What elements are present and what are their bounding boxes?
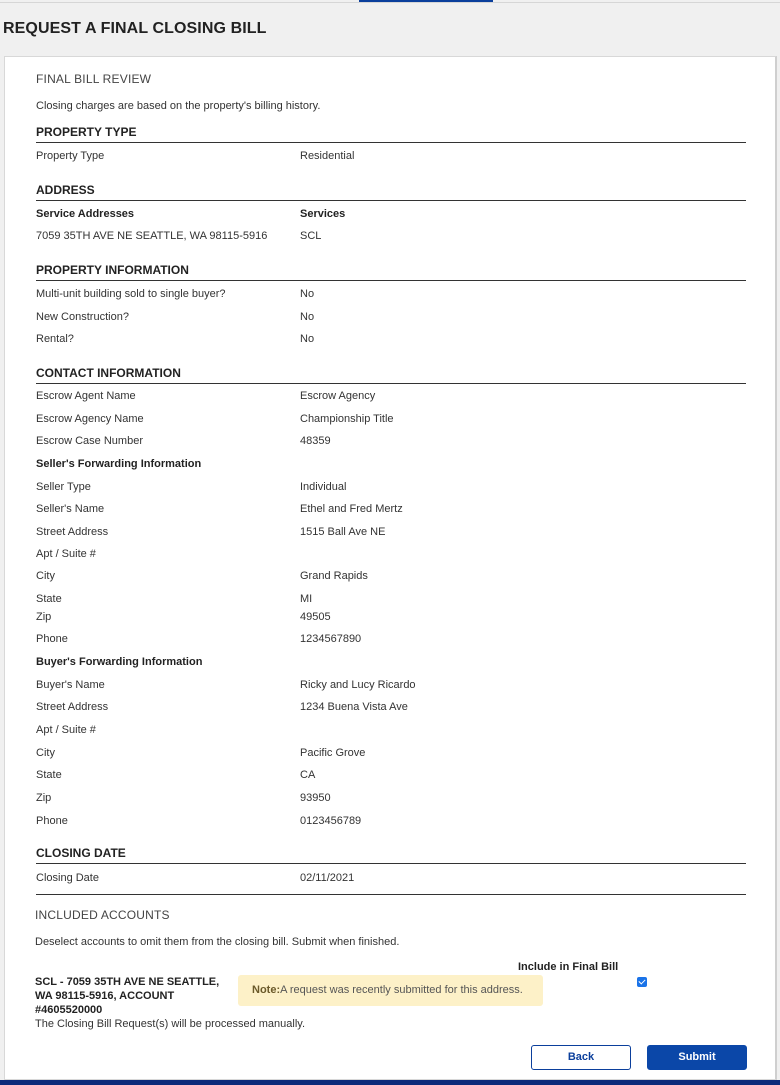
row-label: Multi-unit building sold to single buyer… [36,288,226,300]
row-value: 1515 Ball Ave NE [300,526,385,538]
row-value: 1234 Buena Vista Ave [300,701,408,713]
note-text: A request was recently submitted for thi… [280,984,523,996]
row-label: State [36,593,62,605]
row-value: Individual [300,481,346,493]
row-label: Seller's Name [36,503,104,515]
manual-processing-note: The Closing Bill Request(s) will be proc… [35,1018,305,1030]
detail-row: Zip 93950 [36,792,746,806]
row-label: City [36,747,55,759]
detail-row: Phone 1234567890 [36,633,746,647]
service-address: 7059 35TH AVE NE SEATTLE, WA 98115-5916 [36,230,267,242]
include-in-final-bill-header: Include in Final Bill [518,961,618,973]
section-address-heading: ADDRESS [36,183,746,201]
detail-row: Closing Date 02/11/2021 [36,872,746,886]
detail-row: Rental? No [36,333,746,347]
row-value: No [300,333,314,345]
row-value: 48359 [300,435,331,447]
active-tab-indicator [359,0,493,2]
row-label: Rental? [36,333,74,345]
seller-forwarding-heading: Seller's Forwarding Information [36,458,201,470]
detail-row: City Pacific Grove [36,747,746,761]
detail-row: New Construction? No [36,311,746,325]
detail-row: Seller Type Individual [36,481,746,495]
review-intro: Closing charges are based on the propert… [36,100,320,112]
row-label: Zip [36,611,51,623]
row-label: State [36,769,62,781]
row-value: 49505 [300,611,331,623]
detail-row: Escrow Agent Name Escrow Agency [36,390,746,404]
account-label: SCL - 7059 35TH AVE NE SEATTLE, WA 98115… [35,975,235,1017]
detail-row: Street Address 1234 Buena Vista Ave [36,701,746,715]
detail-row: Property Type Residential [36,150,746,164]
section-property-info-heading: PROPERTY INFORMATION [36,263,746,281]
row-value: Ethel and Fred Mertz [300,503,403,515]
row-label: Escrow Agent Name [36,390,136,402]
detail-row: City Grand Rapids [36,570,746,584]
section-contact-info-heading: CONTACT INFORMATION [36,366,746,384]
row-value: 1234567890 [300,633,361,645]
row-value: MI [300,593,312,605]
row-label: Closing Date [36,872,99,884]
detail-row: State MI [36,593,746,607]
row-label: Seller Type [36,481,91,493]
row-value: 0123456789 [300,815,361,827]
row-value: CA [300,769,315,781]
row-value: No [300,311,314,323]
detail-row: Zip 49505 [36,611,746,625]
row-value: Ricky and Lucy Ricardo [300,679,416,691]
row-label: Phone [36,815,68,827]
row-label: Phone [36,633,68,645]
row-label: Apt / Suite # [36,724,96,736]
detail-row: State CA [36,769,746,783]
include-account-checkbox[interactable] [637,977,647,987]
back-button[interactable]: Back [531,1045,631,1070]
submit-button[interactable]: Submit [647,1045,747,1070]
row-label: New Construction? [36,311,129,323]
row-value: Grand Rapids [300,570,368,582]
address-row: 7059 35TH AVE NE SEATTLE, WA 98115-5916 … [36,230,746,244]
row-label: Street Address [36,701,108,713]
detail-row: Street Address 1515 Ball Ave NE [36,526,746,540]
row-value: 93950 [300,792,331,804]
row-label: Street Address [36,526,108,538]
service-type: SCL [300,230,321,242]
row-label: Buyer's Name [36,679,105,691]
detail-row: Multi-unit building sold to single buyer… [36,288,746,302]
closing-date-value: 02/11/2021 [300,872,354,884]
row-label: Zip [36,792,51,804]
row-label: Property Type [36,150,104,162]
row-label: City [36,570,55,582]
final-bill-review-card: FINAL BILL REVIEW Closing charges are ba… [4,56,777,1080]
review-title: FINAL BILL REVIEW [36,72,151,86]
row-value: Championship Title [300,413,394,425]
detail-row: Seller's Name Ethel and Fred Mertz [36,503,746,517]
note-prefix: Note: [252,984,280,996]
row-value: Residential [300,150,354,162]
row-label: Apt / Suite # [36,548,96,560]
page-title: REQUEST A FINAL CLOSING BILL [3,20,267,38]
buyer-forwarding-heading: Buyer's Forwarding Information [36,656,202,668]
col-service-addresses: Service Addresses [36,208,134,220]
included-accounts-title: INCLUDED ACCOUNTS [35,908,170,922]
footer-bar [0,1080,780,1085]
row-label: Escrow Case Number [36,435,143,447]
top-nav-bar [0,0,780,3]
detail-row: Phone 0123456789 [36,815,746,829]
section-property-type-heading: PROPERTY TYPE [36,125,746,143]
row-value: Escrow Agency [300,390,375,402]
detail-row: Apt / Suite # [36,724,746,738]
section-closing-date-heading: CLOSING DATE [36,846,746,864]
detail-row: Apt / Suite # [36,548,746,562]
row-value: No [300,288,314,300]
col-services: Services [300,208,345,220]
recent-request-note: Note:A request was recently submitted fo… [238,975,543,1006]
address-column-headers: Service Addresses Services [36,208,746,222]
included-accounts-intro: Deselect accounts to omit them from the … [35,936,399,948]
row-value: Pacific Grove [300,747,365,759]
detail-row: Buyer's Name Ricky and Lucy Ricardo [36,679,746,693]
section-divider [36,894,746,895]
detail-row: Escrow Agency Name Championship Title [36,413,746,427]
row-label: Escrow Agency Name [36,413,144,425]
detail-row: Escrow Case Number 48359 [36,435,746,449]
